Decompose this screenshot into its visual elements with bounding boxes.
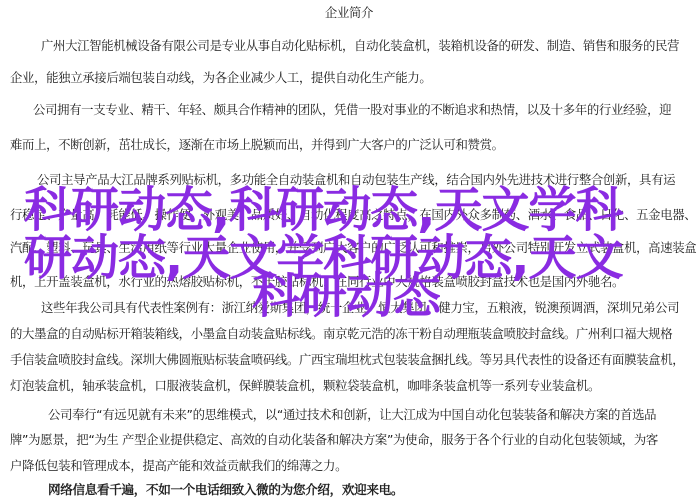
paragraph-2-line-2: 难而上，不断创新，茁壮成长，逐渐在市场上脱颖而出，并得到广大客户的广泛认可和赞赏… (10, 137, 504, 153)
paragraph-4-line-4: 灯泡装盒机，轴承装盒机，口服液装盒机，保鲜膜装盒机，颗粒袋装盒机，咖啡条装盒机等… (10, 378, 600, 394)
paragraph-1-line-1: 广州大江智能机械设备有限公司是专业从事自动化贴标机，自动化装盒机，装箱机设备的研… (41, 38, 679, 54)
closing-call-to-action: 网络信息看千遍，不如一个电话细致入微的为您介绍，欢迎来电。 (48, 482, 403, 498)
paragraph-4-line-1: 这些年我公司具有代表性案例有：浙江纳爱斯集团，统一企业，恒大集团，健力宝，五粮液… (41, 300, 679, 316)
paragraph-1-line-2: 企业，能独立承接后端包装自动线，为各企业减少人工，提供自动化生产能力。 (10, 70, 431, 86)
paragraph-3-line-4: 机，上开盖装盒机，水行业的热熔胶贴标机，不干胶贴标机，在同行业中大规格装盒喷胶封… (10, 274, 624, 290)
paragraph-4-line-2: 的大墨盒的自动贴标开箱装箱线，小墨盒自动装盒贴标线。南京乾元浩的冻干粉自动理瓶装… (10, 326, 672, 342)
company-intro-document: 企业简介 广州大江智能机械设备有限公司是专业从事自动化贴标机，自动化装盒机，装箱… (0, 0, 698, 499)
document-title: 企业简介 (0, 5, 698, 21)
paragraph-2-line-1: 公司拥有一支专业、精干、年轻、颇具合作精神的团队，凭借一股对事业的不断追求和热情… (33, 102, 671, 118)
paragraph-3-line-2: 行稳定、产量高、耗能低、操作便、外观美、品质好、自动化程度高之特点，在国内外众多… (10, 207, 696, 223)
paragraph-5-line-3: 户降低包装和管理成本，提高产能和效益贡献我们的绵薄之力。 (10, 458, 347, 474)
paragraph-4-line-3: 手信装盒喷胶封盒线。深圳大佛圆瓶贴标装盒喷码线。广西宝瑞坦枕式包装装盒捆扎线。等… (10, 352, 684, 368)
paragraph-3-line-3: 汽配、塑料、玩具、生活用纸等行业大量企业使用，并受到广大客户的广泛认可和推崇，另… (10, 240, 696, 256)
paragraph-5-line-2: 牌”为愿景，把“为生 产型企业提供稳定、高效的自动化装备和解决方案”为使命，服务… (10, 432, 658, 448)
paragraph-5-line-1: 公司奉行“有远见就有未来”的思维模式，以“通过技术和创新，让大江成为中国自动化包… (48, 407, 656, 423)
paragraph-3-line-1: 公司主导产品大江品牌系列贴标机，多功能全自动装盒机和自动包装生产线，结合国内外先… (37, 172, 675, 188)
